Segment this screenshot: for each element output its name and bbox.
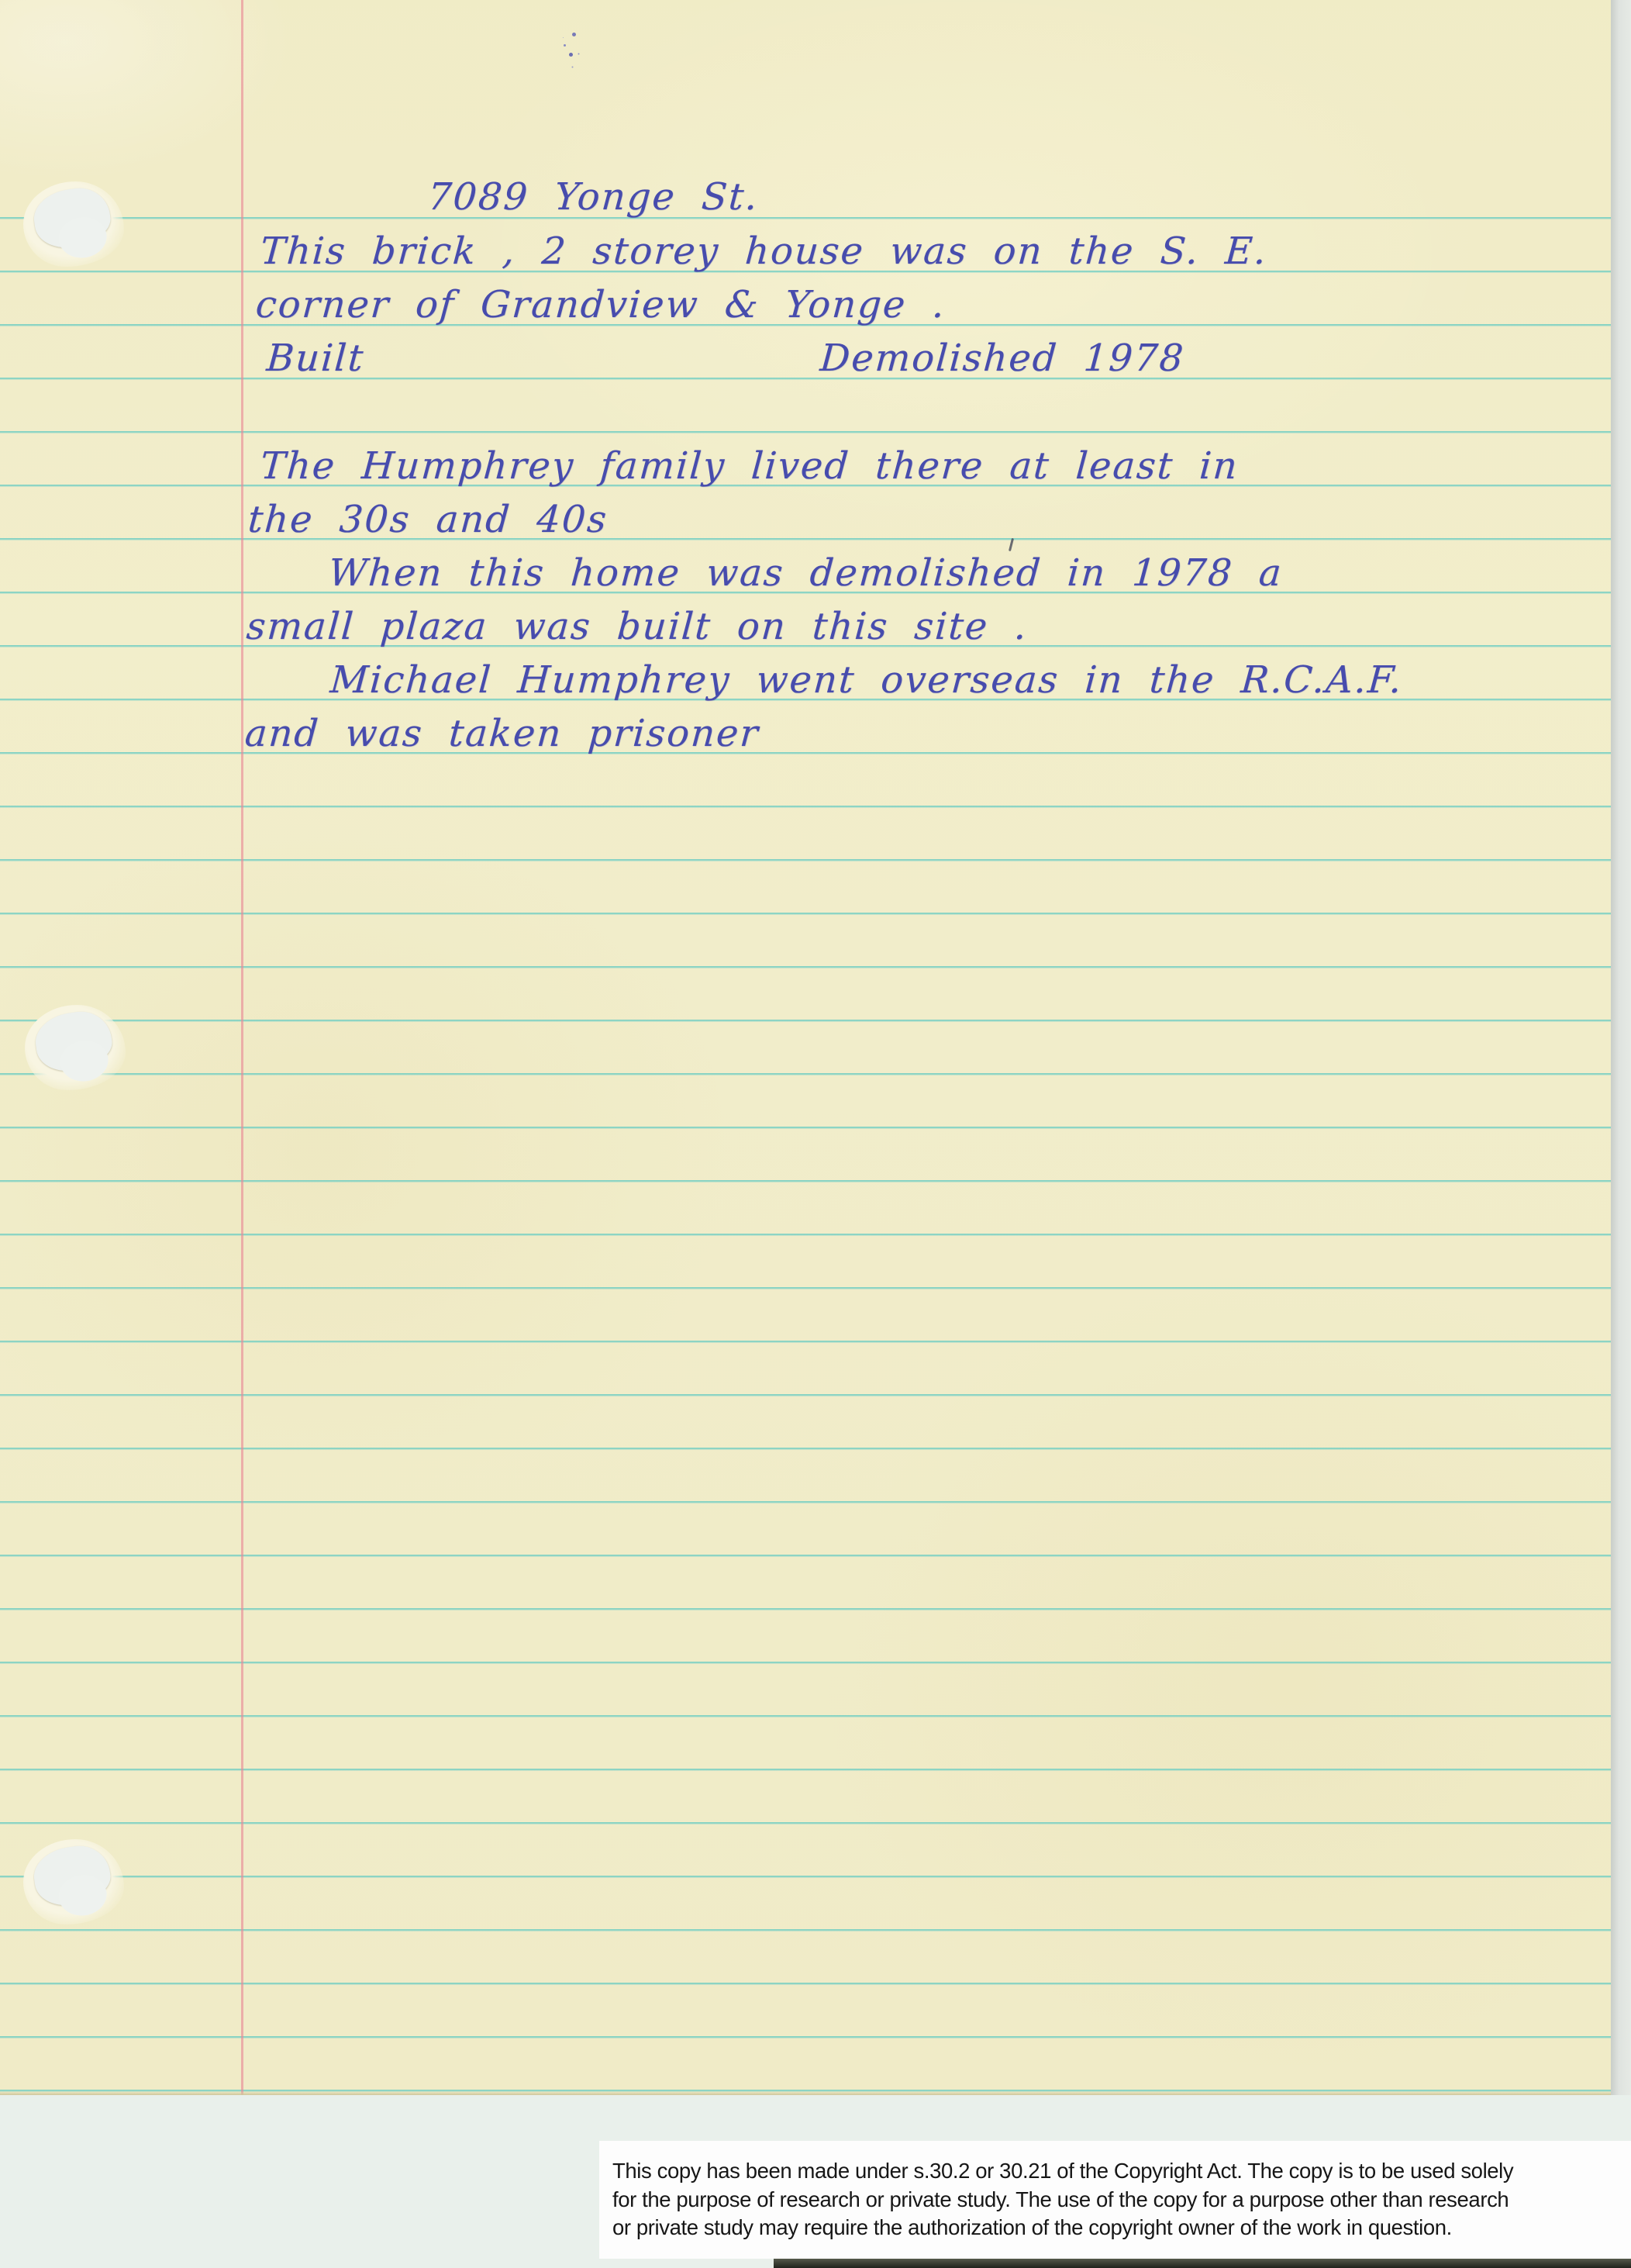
copyright-notice-line: or private study may require the authori… [612,2214,1623,2242]
handwritten-text-line: The Humphrey family lived there at least… [259,444,1240,488]
hole-punch-bottom [23,1839,124,1925]
handwritten-built-label: Built [265,336,366,381]
handwritten-text-line: and was taken prisoner [243,711,761,756]
handwritten-demolished-label: Demolished 1978 [819,336,1186,381]
margin-line [241,0,243,2095]
notebook-paper: 7089 Yonge St. This brick , 2 storey hou… [0,0,1611,2095]
hole-punch-top [23,181,124,267]
ink-speckle [572,33,576,36]
handwritten-text-line: This brick , 2 storey house was on the S… [259,229,1269,274]
handwritten-text-line: the 30s and 40s [247,497,609,542]
handwritten-text-line: When this home was demolished in 1978 a [327,551,1284,595]
handwritten-address-heading: 7089 Yonge St. [426,174,760,219]
handwritten-text-line: small plaza was built on this site . [245,604,1029,649]
scanner-background-right-strip [1611,0,1631,2095]
copyright-notice-line: for the purpose of research or private s… [612,2186,1623,2214]
handwritten-text-line: Michael Humphrey went overseas in the R.… [329,658,1405,702]
scanner-edge-shadow [774,2259,1631,2268]
copyright-notice: This copy has been made under s.30.2 or … [599,2141,1631,2259]
handwritten-text-line: corner of Grandview & Yonge . [254,282,947,327]
copyright-notice-line: This copy has been made under s.30.2 or … [612,2157,1623,2186]
hole-punch-middle [25,1005,126,1090]
